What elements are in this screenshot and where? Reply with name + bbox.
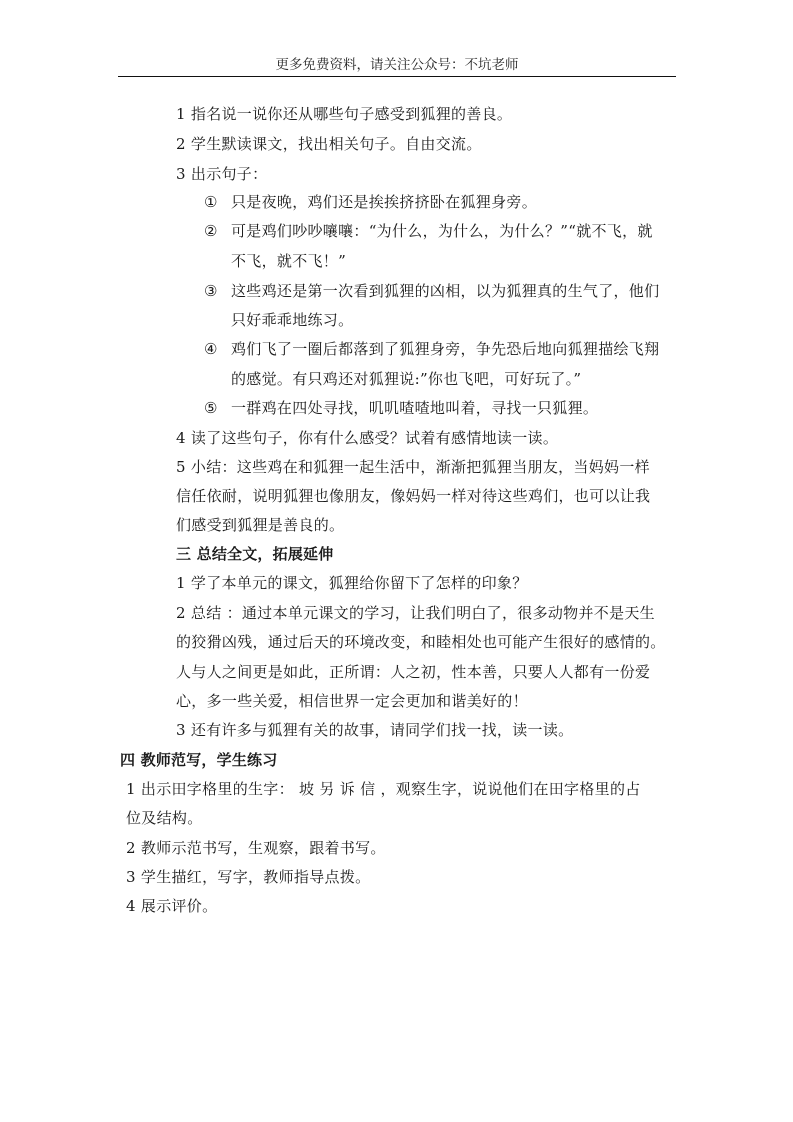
sentence-text: 一群鸡在四处寻找，叽叽喳喳地叫着，寻找一只狐狸。 — [231, 399, 598, 417]
section-3-step-2-line-4: 心，多一些关爱，相信世界一定会更加和谐美好的！ — [176, 691, 528, 711]
summary-line-1: 5 小结：这些鸡在和狐狸一起生活中，渐渐把狐狸当朋友，当妈妈一样 — [176, 457, 650, 477]
sentence-marker: ④ — [204, 339, 231, 359]
section-3-step-2-line-2: 的狡猾凶残，通过后天的环境改变，和睦相处也可能产生很好的感情的。 — [176, 632, 666, 652]
section-3-step-1: 1 学了本单元的课文，狐狸给你留下了怎样的印象？ — [176, 573, 528, 593]
summary-line-3: 们感受到狐狸是善良的。 — [176, 515, 344, 535]
step-1: 1 指名说一说你还从哪些句子感受到狐狸的善良。 — [176, 104, 512, 124]
section-4-step-1-line-2: 位及结构。 — [126, 808, 203, 828]
section-4-heading: 四 教师范写，学生练习 — [120, 750, 277, 770]
sentence-marker: ⑤ — [204, 398, 231, 418]
sentence-4: ④鸡们飞了一圈后都落到了狐狸身旁，争先恐后地向狐狸描绘飞翔 — [204, 339, 659, 359]
section-3-step-2-line-3: 人与人之间更是如此，正所谓：人之初，性本善，只要人人都有一份爱 — [176, 662, 650, 682]
step-3: 3 出示句子： — [176, 164, 267, 184]
section-3-step-2-line-1: 2 总结 ：通过本单元课文的学习，让我们明白了，很多动物并不是天生 — [176, 603, 655, 623]
section-3-step-3: 3 还有许多与狐狸有关的故事，请同学们找一找，读一读。 — [176, 720, 573, 740]
sentence-5: ⑤一群鸡在四处寻找，叽叽喳喳地叫着，寻找一只狐狸。 — [204, 398, 598, 418]
sentence-text: 鸡们飞了一圈后都落到了狐狸身旁，争先恐后地向狐狸描绘飞翔 — [231, 340, 659, 358]
section-4-step-1-line-1: 1 出示田字格里的生字： 坡 另 诉 信 ，观察生字，说说他们在田字格里的占 — [126, 779, 641, 799]
sentence-marker: ③ — [204, 281, 231, 301]
sentence-3: ③这些鸡还是第一次看到狐狸的凶相，以为狐狸真的生气了，他们 — [204, 281, 659, 301]
step-4: 4 读了这些句子，你有什么感受？试着有感情地读一读。 — [176, 428, 558, 448]
page-header: 更多免费资料，请关注公众号：不坑老师 — [118, 56, 676, 74]
sentence-text: 只是夜晚，鸡们还是挨挨挤挤卧在狐狸身旁。 — [231, 193, 537, 211]
summary-line-2: 信任依耐，说明狐狸也像朋友，像妈妈一样对待这些鸡们，也可以让我 — [176, 486, 650, 506]
sentence-text: 可是鸡们吵吵嚷嚷：“为什么，为什么，为什么？”“就不飞，就 — [231, 222, 653, 240]
section-4-step-3: 3 学生描红，写字，教师指导点拨。 — [126, 867, 370, 887]
sentence-marker: ① — [204, 192, 231, 212]
sentence-4-cont: 的感觉。有只鸡还对狐狸说:”你也飞吧，可好玩了。” — [231, 369, 581, 389]
sentence-text: 这些鸡还是第一次看到狐狸的凶相，以为狐狸真的生气了，他们 — [231, 282, 659, 300]
step-2: 2 学生默读课文，找出相关句子。自由交流。 — [176, 134, 482, 154]
sentence-marker: ② — [204, 221, 231, 241]
sentence-1: ①只是夜晚，鸡们还是挨挨挤挤卧在狐狸身旁。 — [204, 192, 537, 212]
section-4-step-2: 2 教师示范书写，生观察，跟着书写。 — [126, 838, 386, 858]
header-divider — [118, 76, 676, 77]
section-3-heading: 三 总结全文，拓展延伸 — [176, 544, 333, 564]
sentence-2-cont: 不飞，就不飞！” — [231, 251, 346, 271]
sentence-2: ②可是鸡们吵吵嚷嚷：“为什么，为什么，为什么？”“就不飞，就 — [204, 221, 653, 241]
sentence-3-cont: 只好乖乖地练习。 — [231, 310, 353, 330]
section-4-step-4: 4 展示评价。 — [126, 896, 217, 916]
